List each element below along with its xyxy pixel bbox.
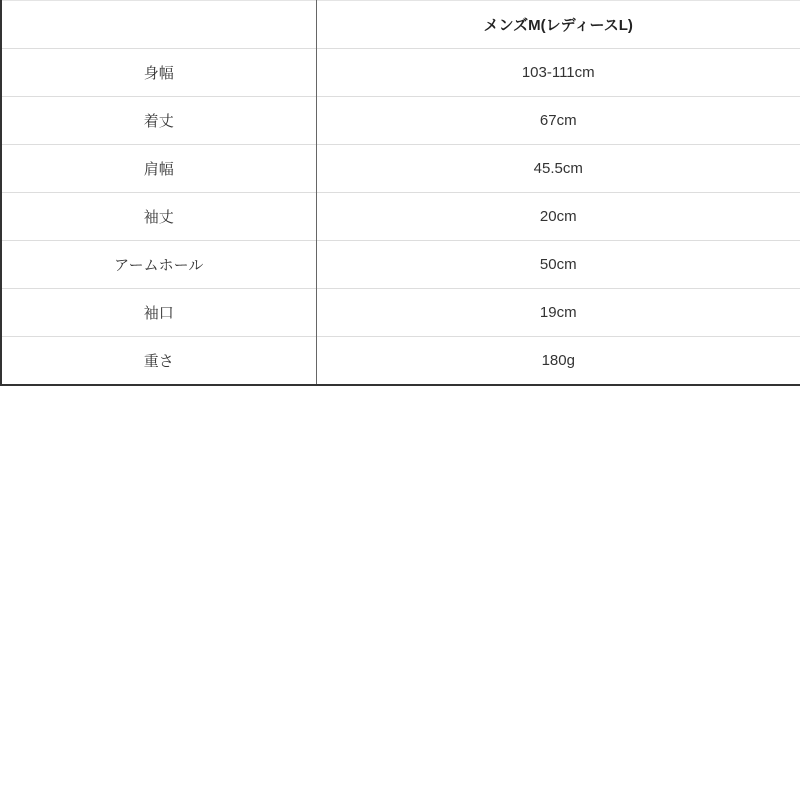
table-row: 着丈 67cm	[1, 97, 800, 145]
table-row: 袖丈 20cm	[1, 193, 800, 241]
header-row: メンズM(レディースL)	[1, 1, 800, 49]
table-row: 肩幅 45.5cm	[1, 145, 800, 193]
row-label: 重さ	[1, 337, 316, 385]
row-value: 20cm	[316, 193, 800, 241]
table-row: アームホール 50cm	[1, 241, 800, 289]
table-row: 重さ 180g	[1, 337, 800, 385]
row-value: 45.5cm	[316, 145, 800, 193]
row-value: 103-111cm	[316, 49, 800, 97]
size-chart-table: メンズM(レディースL) 身幅 103-111cm 着丈 67cm 肩幅 45.…	[0, 0, 800, 386]
row-label: 肩幅	[1, 145, 316, 193]
row-label: 身幅	[1, 49, 316, 97]
row-value: 180g	[316, 337, 800, 385]
row-value: 50cm	[316, 241, 800, 289]
row-label: 着丈	[1, 97, 316, 145]
size-chart-page: メンズM(レディースL) 身幅 103-111cm 着丈 67cm 肩幅 45.…	[0, 0, 800, 800]
header-label-cell	[1, 1, 316, 49]
header-size-cell: メンズM(レディースL)	[316, 1, 800, 49]
row-value: 67cm	[316, 97, 800, 145]
table-row: 袖口 19cm	[1, 289, 800, 337]
table-row: 身幅 103-111cm	[1, 49, 800, 97]
row-label: 袖丈	[1, 193, 316, 241]
row-value: 19cm	[316, 289, 800, 337]
row-label: アームホール	[1, 241, 316, 289]
row-label: 袖口	[1, 289, 316, 337]
